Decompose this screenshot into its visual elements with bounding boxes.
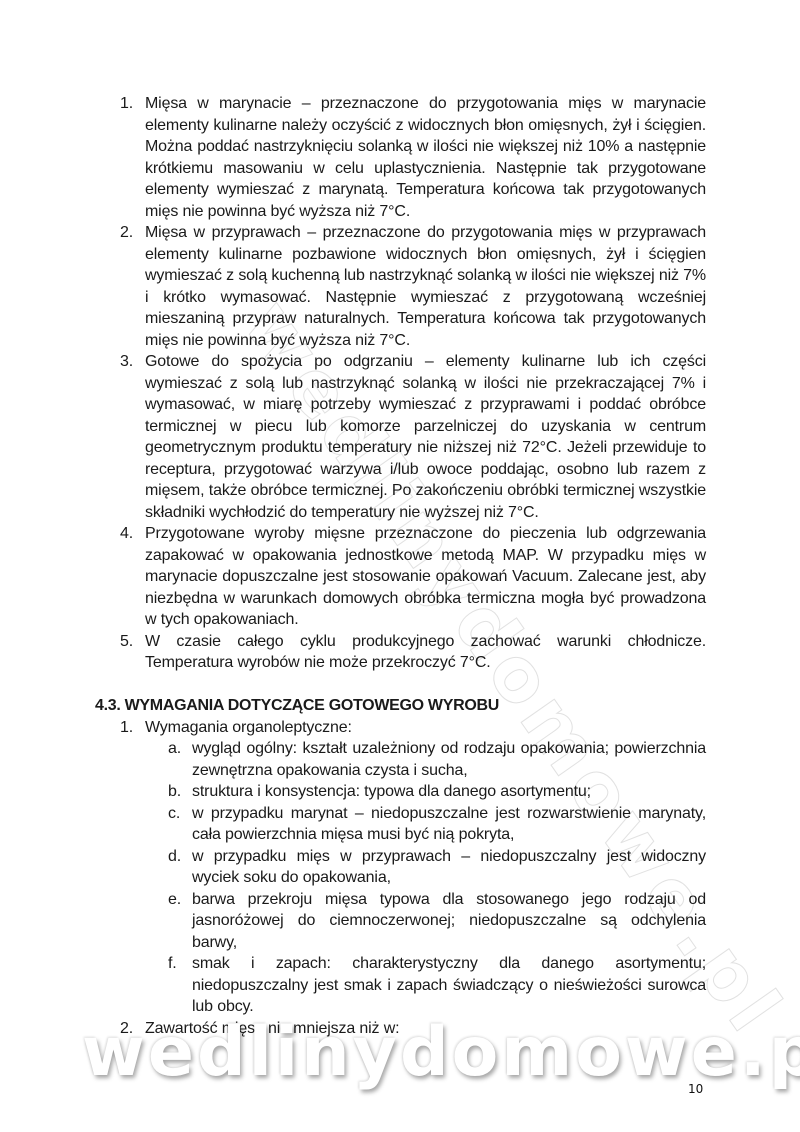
organoleptic-item: b. struktura i konsystencja: typowa dla …	[95, 781, 706, 803]
item-text: struktura i konsystencja: typowa dla dan…	[192, 783, 591, 800]
item-text: wygląd ogólny: kształt uzależniony od ro…	[192, 740, 706, 779]
requirement-item: 1. Wymagania organoleptyczne:	[95, 717, 706, 739]
process-step: 4. Przygotowane wyroby mięsne przeznaczo…	[95, 523, 706, 631]
organoleptic-item: d. w przypadku mięs w przyprawach – nied…	[95, 846, 706, 889]
requirement-item: 2. Zawartość mięsa nie mniejsza niż w:	[95, 1018, 706, 1040]
step-text: Przygotowane wyroby mięsne przeznaczone …	[145, 525, 706, 628]
step-number: 2.	[120, 222, 133, 244]
step-number: 5.	[120, 631, 133, 653]
step-number: 3.	[120, 351, 133, 373]
item-text: smak i zapach: charakterystyczny dla dan…	[192, 955, 706, 1015]
item-text: barwa przekroju mięsa typowa dla stosowa…	[192, 891, 706, 951]
item-letter: d.	[168, 846, 181, 868]
process-step: 2. Mięsa w przyprawach – przeznaczone do…	[95, 222, 706, 351]
process-step: 3. Gotowe do spożycia po odgrzaniu – ele…	[95, 351, 706, 523]
organoleptic-list: a. wygląd ogólny: kształt uzależniony od…	[95, 738, 706, 1018]
requirement-number: 2.	[120, 1018, 133, 1040]
requirement-number: 1.	[120, 717, 133, 739]
requirement-text: Zawartość mięsa nie mniejsza niż w:	[145, 1020, 399, 1037]
requirement-text: Wymagania organoleptyczne:	[145, 719, 352, 736]
organoleptic-item: a. wygląd ogólny: kształt uzależniony od…	[95, 738, 706, 781]
page-number: 10	[688, 1082, 703, 1096]
spacer	[95, 674, 706, 696]
item-text: w przypadku mięs w przyprawach – niedopu…	[192, 848, 706, 887]
item-letter: a.	[168, 738, 181, 760]
item-letter: f.	[168, 953, 177, 975]
step-number: 1.	[120, 93, 133, 115]
process-step: 5. W czasie całego cyklu produkcyjnego z…	[95, 631, 706, 674]
process-steps-list: 1. Mięsa w marynacie – przeznaczone do p…	[95, 93, 706, 674]
section-heading: 4.3. WYMAGANIA DOTYCZĄCE GOTOWEGO WYROBU	[95, 695, 706, 717]
item-text: w przypadku marynat – niedopuszczalne je…	[192, 805, 706, 844]
process-step: 1. Mięsa w marynacie – przeznaczone do p…	[95, 93, 706, 222]
item-letter: b.	[168, 781, 181, 803]
organoleptic-item: c. w przypadku marynat – niedopuszczalne…	[95, 803, 706, 846]
item-letter: e.	[168, 889, 181, 911]
organoleptic-item: e. barwa przekroju mięsa typowa dla stos…	[95, 889, 706, 954]
step-text: Gotowe do spożycia po odgrzaniu – elemen…	[145, 353, 706, 521]
item-letter: c.	[168, 803, 180, 825]
step-text: Mięsa w przyprawach – przeznaczone do pr…	[145, 224, 706, 349]
step-text: Mięsa w marynacie – przeznaczone do przy…	[145, 95, 706, 220]
page-content: 1. Mięsa w marynacie – przeznaczone do p…	[95, 93, 706, 1039]
step-number: 4.	[120, 523, 133, 545]
step-text: W czasie całego cyklu produkcyjnego zach…	[145, 633, 706, 672]
document-page: wedlinydomowe.pl 1. Mięsa w marynacie – …	[0, 0, 800, 1132]
organoleptic-item: f. smak i zapach: charakterystyczny dla …	[95, 953, 706, 1018]
